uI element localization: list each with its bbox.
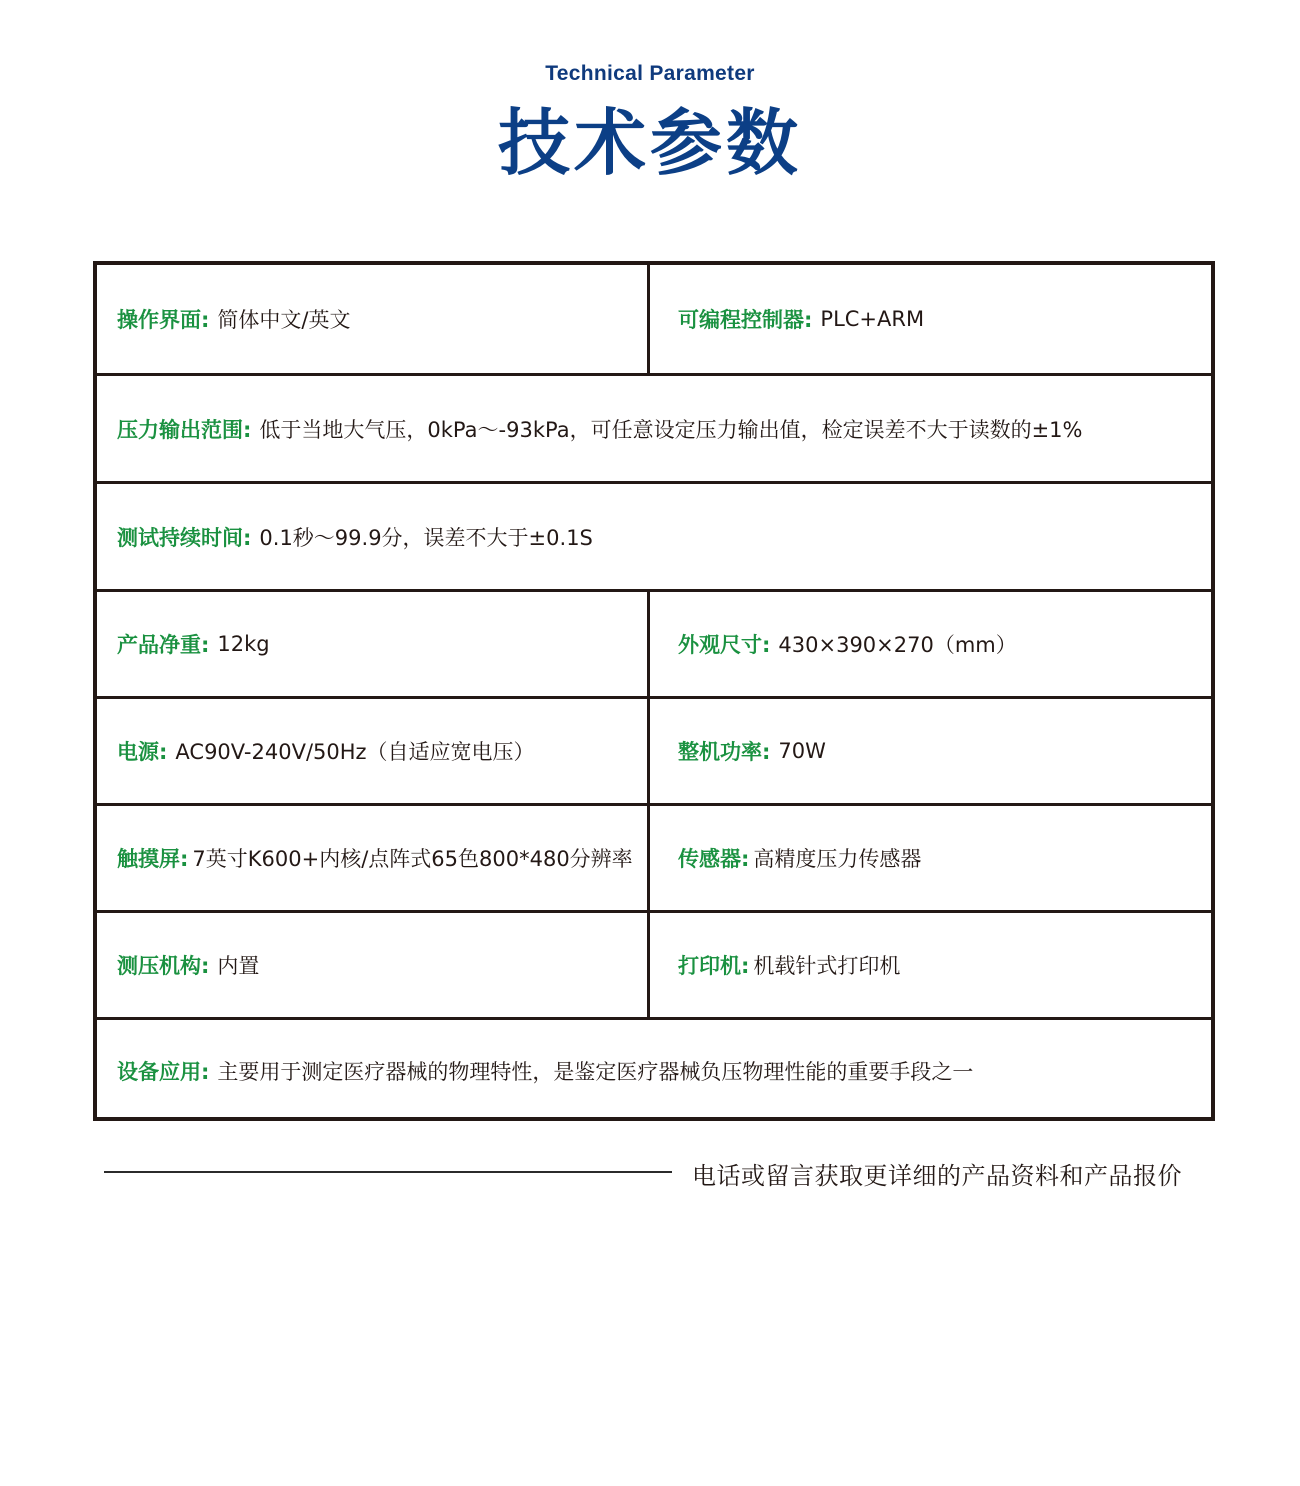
spec-label: 电源: [117,736,167,766]
spec-table: 操作界面: 简体中文/英文 可编程控制器: PLC+ARM 压力输出范围: 低于… [93,261,1215,1121]
spec-cell-sensor: 传感器: 高精度压力传感器 [650,806,1215,910]
spec-value: 机载针式打印机 [753,950,900,980]
spec-label: 传感器: [678,843,749,873]
spec-cell-dimensions: 外观尺寸: 430×390×270（mm） [650,592,1215,696]
spec-value: 高精度压力传感器 [753,843,921,873]
spec-row-weight-size: 产品净重: 12kg 外观尺寸: 430×390×270（mm） [97,592,1211,699]
spec-value: AC90V-240V/50Hz（自适应宽电压） [175,736,534,766]
spec-label: 测试持续时间: [117,522,251,552]
spec-row-mechanism-printer: 测压机构: 内置 打印机: 机载针式打印机 [97,913,1211,1020]
spec-cell-printer: 打印机: 机载针式打印机 [650,913,1215,1017]
spec-cell-operation-interface: 操作界面: 简体中文/英文 [97,265,650,373]
spec-cell-application: 设备应用: 主要用于测定医疗器械的物理特性，是鉴定医疗器械负压物理性能的重要手段… [97,1020,1211,1117]
spec-value: 430×390×270（mm） [778,629,1016,659]
spec-label: 可编程控制器: [678,304,812,334]
spec-label: 测压机构: [117,950,209,980]
spec-label: 设备应用: [117,1056,209,1086]
spec-row-pressure-range: 压力输出范围: 低于当地大气压，0kPa～-93kPa，可任意设定压力输出值，检… [97,376,1211,484]
spec-cell-test-duration: 测试持续时间: 0.1秒～99.9分，误差不大于±0.1S [97,484,1211,589]
spec-value: 0.1秒～99.9分，误差不大于±0.1S [259,522,592,552]
footer-contact-text: 电话或留言获取更详细的产品资料和产品报价 [692,1156,1182,1191]
spec-value: 主要用于测定医疗器械的物理特性，是鉴定医疗器械负压物理性能的重要手段之一 [217,1056,973,1086]
spec-label: 外观尺寸: [678,629,770,659]
spec-cell-power-rating: 整机功率: 70W [650,699,1215,803]
spec-value: 7英寸K600+内核/点阵式65色800*480分辨率 [192,843,632,873]
spec-label: 压力输出范围: [117,414,251,444]
spec-value: 70W [778,739,826,763]
spec-cell-controller: 可编程控制器: PLC+ARM [650,265,1215,373]
spec-value: 简体中文/英文 [217,304,350,334]
spec-row-power: 电源: AC90V-240V/50Hz（自适应宽电压） 整机功率: 70W [97,699,1211,806]
footer-divider [104,1171,672,1173]
spec-label: 触摸屏: [117,843,188,873]
spec-row-interface: 操作界面: 简体中文/英文 可编程控制器: PLC+ARM [97,265,1211,376]
spec-value: 12kg [217,632,269,656]
spec-cell-touchscreen: 触摸屏: 7英寸K600+内核/点阵式65色800*480分辨率 [97,806,650,910]
section-title: 技术参数 [0,98,1300,188]
spec-cell-pressure-range: 压力输出范围: 低于当地大气压，0kPa～-93kPa，可任意设定压力输出值，检… [97,376,1211,481]
spec-label: 打印机: [678,950,749,980]
spec-label: 操作界面: [117,304,209,334]
spec-value: 低于当地大气压，0kPa～-93kPa，可任意设定压力输出值，检定误差不大于读数… [259,414,1082,444]
spec-row-test-duration: 测试持续时间: 0.1秒～99.9分，误差不大于±0.1S [97,484,1211,592]
spec-cell-pressure-mechanism: 测压机构: 内置 [97,913,650,1017]
spec-label: 产品净重: [117,629,209,659]
section-subtitle: Technical Parameter [0,62,1300,86]
spec-value: PLC+ARM [820,307,924,331]
spec-label: 整机功率: [678,736,770,766]
spec-cell-power-supply: 电源: AC90V-240V/50Hz（自适应宽电压） [97,699,650,803]
spec-value: 内置 [217,950,259,980]
spec-row-application: 设备应用: 主要用于测定医疗器械的物理特性，是鉴定医疗器械负压物理性能的重要手段… [97,1020,1211,1117]
spec-cell-net-weight: 产品净重: 12kg [97,592,650,696]
spec-row-screen-sensor: 触摸屏: 7英寸K600+内核/点阵式65色800*480分辨率 传感器: 高精… [97,806,1211,913]
